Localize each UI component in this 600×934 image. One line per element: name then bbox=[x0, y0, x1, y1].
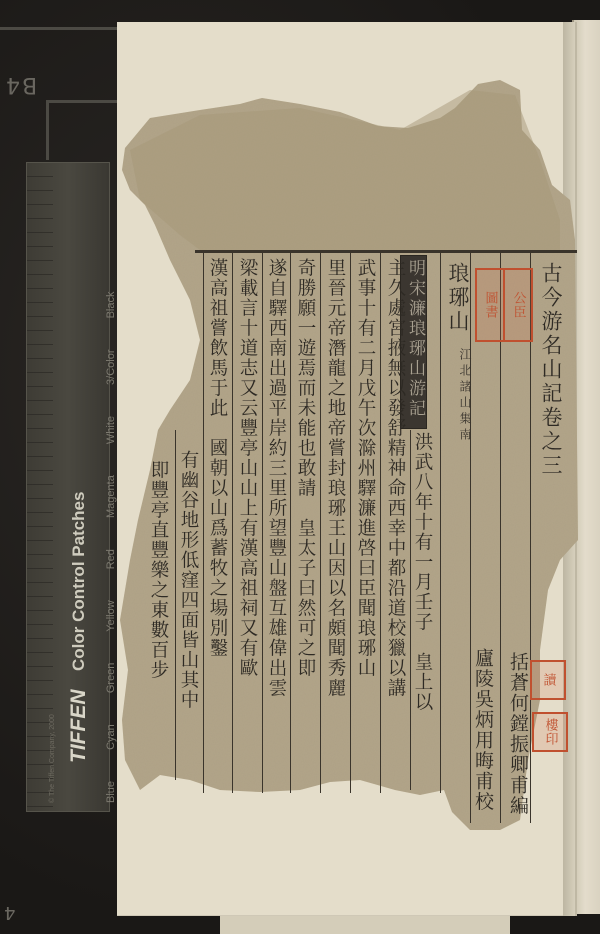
text-column: 里晉元帝潛龍之地帝嘗封琅琊王山因以名頗聞秀麗 bbox=[323, 258, 348, 698]
strip-copyright: © The Tiffen Company, 2000 bbox=[49, 714, 56, 803]
column-rule bbox=[232, 253, 233, 793]
section-title: 琅琊山 bbox=[445, 262, 470, 334]
text-column: 有幽谷地形低窪四面皆山其中 bbox=[176, 450, 201, 710]
running-title: 古今游名山記卷之三 bbox=[538, 262, 563, 478]
seal-lower-top: 讀 bbox=[530, 660, 566, 700]
text-column: 遂自驛西南出過平岸約三里所望豐山盤互雄偉出雲 bbox=[264, 258, 289, 698]
patch-labels: Blue Cyan Green Yellow Red Magenta White… bbox=[105, 292, 117, 804]
text-column: 梁載言十道志又云豐亭山山上有漢高祖祠又有歐 bbox=[235, 258, 260, 678]
seal-top-left: 圖書 bbox=[475, 268, 505, 342]
text-column: 武事十有二月戊午次滁州驛濂進啓曰臣聞琅琊山 bbox=[353, 258, 378, 678]
patch-label: Blue bbox=[105, 781, 117, 803]
column-rule bbox=[320, 253, 321, 793]
text-column: 即豐亭直豐樂之東數百步 bbox=[146, 460, 171, 680]
strip-title: Color Control Patches bbox=[69, 492, 89, 671]
photo-scene: B4 4 古今游名山記卷之三 bbox=[0, 0, 600, 934]
patch-label: Green bbox=[105, 663, 117, 694]
column-rule bbox=[290, 253, 291, 793]
text-column: 奇勝願一遊焉而未能也敢請 皇太子曰然可之即 bbox=[293, 258, 318, 678]
patch-label: 3/Color bbox=[105, 349, 117, 384]
column-rule bbox=[350, 253, 351, 793]
column-rule bbox=[380, 253, 381, 793]
patch-label: Magenta bbox=[105, 475, 117, 518]
patch-label: Black bbox=[105, 292, 117, 319]
patch-label: White bbox=[105, 416, 117, 444]
column-rule bbox=[440, 253, 441, 793]
patch-label: Cyan bbox=[105, 724, 117, 750]
color-control-strip: TIFFEN Color Control Patches Blue Cyan G… bbox=[26, 162, 110, 812]
tiffen-brand: TIFFEN bbox=[67, 690, 91, 764]
frame-top-rule bbox=[195, 250, 577, 253]
text-column: 洪武八年十有一月壬子 皇上以 bbox=[410, 432, 435, 712]
section-note: 江北諸山集南 bbox=[452, 348, 477, 444]
patch-label: Red bbox=[105, 549, 117, 569]
editor-line-2: 廬陵吳炳用晦甫校 bbox=[470, 648, 495, 812]
editor-line-1: 括蒼何鏜振卿甫編 bbox=[505, 652, 530, 816]
patch-label: Yellow bbox=[105, 600, 117, 631]
column-rule bbox=[262, 253, 263, 793]
column-rule bbox=[203, 253, 204, 793]
text-column: 漢高祖嘗飲馬于此 國朝以山爲蓄牧之場別鑿 bbox=[205, 258, 230, 658]
text-column: 主久處宮掖無以發舒精神命西幸中都沿道校獵以講 bbox=[383, 258, 408, 698]
seal-top-right: 公臣 bbox=[503, 268, 533, 342]
seal-lower-bottom: 樓印 bbox=[532, 712, 568, 752]
